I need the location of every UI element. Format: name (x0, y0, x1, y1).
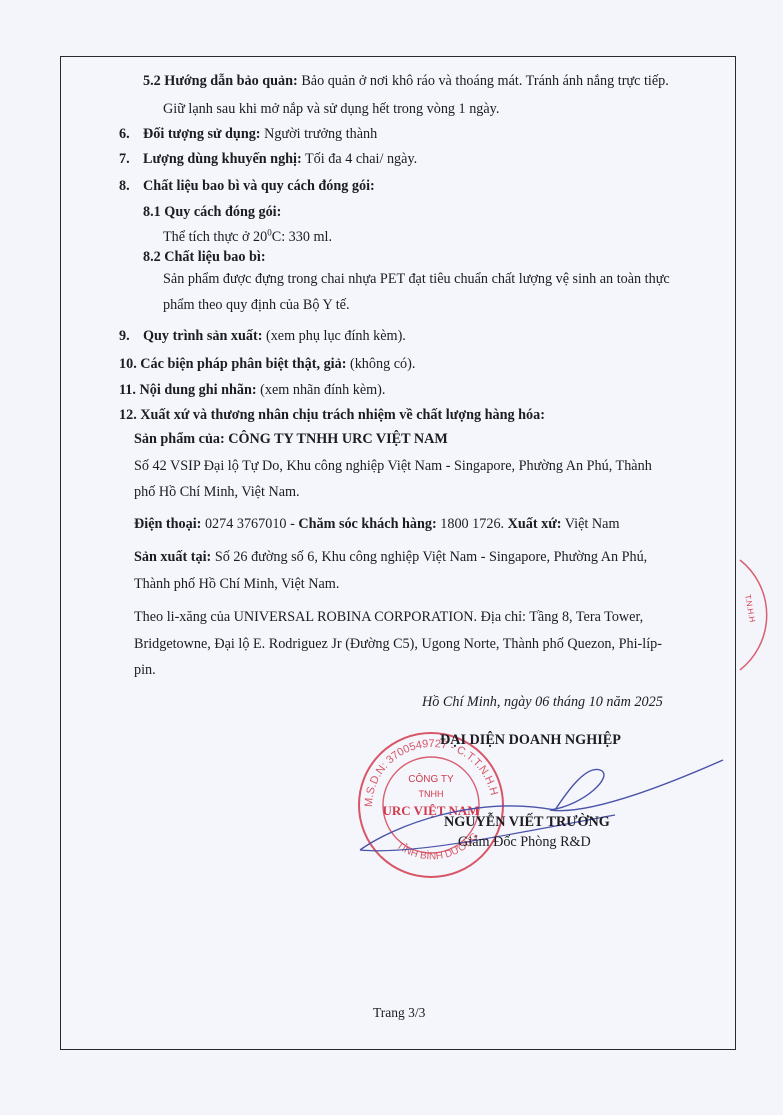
manufacture-label: Sản xuất tại: (134, 549, 211, 565)
license-text-cont: Bridgetowne, Đại lộ E. Rodriguez Jr (Đườ… (134, 635, 662, 653)
customer-care-value: 1800 1726. (437, 516, 508, 532)
license-text-end: pin. (134, 661, 156, 679)
section-6: 6.Đối tượng sử dụng: Người trưởng thành (119, 125, 377, 143)
representative-title: ĐẠI DIỆN DOANH NGHIỆP (440, 731, 621, 749)
section-7-number: 7. (119, 150, 143, 168)
section-9-label: Quy trình sản xuất: (143, 328, 262, 344)
section-8-2-text: Sản phẩm được đựng trong chai nhựa PET đ… (163, 270, 670, 288)
section-8: 8.Chất liệu bao bì và quy cách đóng gói: (119, 177, 375, 195)
customer-care-label: Chăm sóc khách hàng: (298, 516, 436, 532)
section-10-label: 10. Các biện pháp phân biệt thật, giả: (119, 356, 346, 372)
manufacture-line: Sản xuất tại: Số 26 đường số 6, Khu công… (134, 548, 647, 566)
section-7-label: Lượng dùng khuyến nghị: (143, 151, 302, 167)
section-9-number: 9. (119, 327, 143, 345)
section-5-2: 5.2 Hướng dẫn bảo quản: Bảo quản ở nơi k… (143, 72, 669, 90)
section-8-1-label: 8.1 Quy cách đóng gói: (143, 203, 281, 221)
section-7: 7.Lượng dùng khuyến nghị: Tối đa 4 chai/… (119, 150, 417, 168)
section-5-2-label: 5.2 Hướng dẫn bảo quản: (143, 73, 298, 89)
phone-value: 0274 3767010 - (201, 516, 298, 532)
section-6-number: 6. (119, 125, 143, 143)
section-9: 9.Quy trình sản xuất: (xem phụ lục đính … (119, 327, 406, 345)
origin-value: Việt Nam (561, 516, 619, 532)
company-name: Sản phẩm của: CÔNG TY TNHH URC VIỆT NAM (134, 430, 448, 448)
section-9-text: (xem phụ lục đính kèm). (262, 328, 405, 344)
date-place: Hồ Chí Minh, ngày 06 tháng 10 năm 2025 (422, 693, 663, 711)
section-8-number: 8. (119, 177, 143, 195)
contact-line: Điện thoại: 0274 3767010 - Chăm sóc khác… (134, 515, 619, 533)
section-11: 11. Nội dung ghi nhãn: (xem nhãn đính kè… (119, 381, 385, 399)
page-number: Trang 3/3 (373, 1004, 425, 1022)
section-7-text: Tối đa 4 chai/ ngày. (302, 151, 417, 167)
section-8-2-label: 8.2 Chất liệu bao bì: (143, 248, 266, 266)
company-address: Số 42 VSIP Đại lộ Tự Do, Khu công nghiệp… (134, 457, 652, 475)
section-5-2-text-cont: Giữ lạnh sau khi mở nắp và sử dụng hết t… (163, 100, 499, 118)
section-11-text: (xem nhãn đính kèm). (257, 382, 386, 398)
signer-name: NGUYỄN VIẾT TRƯỜNG (444, 813, 610, 831)
section-6-label: Đối tượng sử dụng: (143, 126, 261, 142)
manufacture-address: Số 26 đường số 6, Khu công nghiệp Việt N… (211, 549, 647, 565)
phone-label: Điện thoại: (134, 516, 201, 532)
section-8-2-text-cont: phẩm theo quy định của Bộ Y tế. (163, 296, 350, 314)
section-5-2-text: Bảo quản ở nơi khô ráo và thoáng mát. Tr… (298, 73, 669, 89)
section-10: 10. Các biện pháp phân biệt thật, giả: (… (119, 355, 415, 373)
section-8-1-text: Thể tích thực ở 200C: 330 ml. (163, 228, 332, 246)
section-6-text: Người trưởng thành (261, 126, 378, 142)
company-address-cont: phố Hồ Chí Minh, Việt Nam. (134, 483, 300, 501)
volume-text: Thể tích thực ở 20 (163, 229, 267, 245)
volume-value: C: 330 ml. (272, 229, 332, 245)
license-text: Theo li-xăng của UNIVERSAL ROBINA CORPOR… (134, 608, 643, 626)
manufacture-address-cont: Thành phố Hồ Chí Minh, Việt Nam. (134, 575, 339, 593)
section-10-text: (không có). (346, 356, 415, 372)
signer-role: Giám Đốc Phòng R&D (458, 833, 591, 851)
section-8-label: Chất liệu bao bì và quy cách đóng gói: (143, 178, 375, 194)
origin-label: Xuất xứ: (508, 516, 562, 532)
svg-text:T.N.H.H: T.N.H.H (743, 594, 757, 623)
partial-seal-icon: T.N.H.H (735, 555, 783, 675)
section-11-label: 11. Nội dung ghi nhãn: (119, 382, 257, 398)
section-12-label: 12. Xuất xứ và thương nhân chịu trách nh… (119, 406, 545, 424)
